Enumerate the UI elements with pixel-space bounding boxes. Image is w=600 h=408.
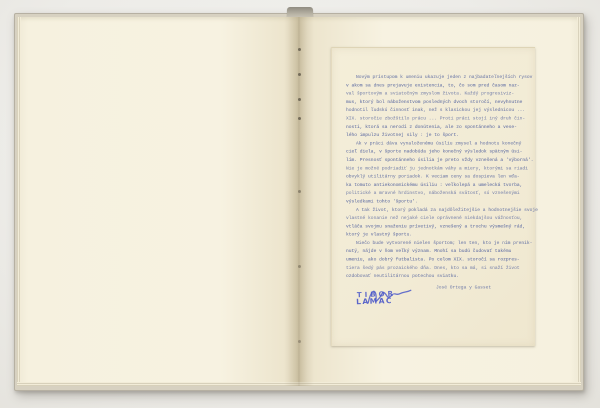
- photo-backdrop: Novým prístupom k umeniu ukazuje jeden z…: [0, 0, 600, 408]
- stitch-hole: [298, 48, 301, 51]
- typed-line: politické a mravné hrdinstvo, náboženská…: [346, 189, 524, 197]
- page-edges: [299, 382, 581, 386]
- typed-line: tiera šedý pás prozaického dňa. Dnes, kt…: [346, 264, 524, 272]
- typed-line: vlastné konanie než nejaké ciele oprávne…: [346, 214, 524, 222]
- typed-line: A tak život, ktorý pokladá za najdôležit…: [346, 206, 524, 214]
- page-edges: [577, 17, 581, 386]
- typed-line: Niečo bude vytvorené nielen športom; len…: [346, 239, 524, 247]
- stitch-hole: [298, 265, 301, 268]
- author-name: José Ortega y Gasset: [436, 285, 491, 291]
- stitch-hole: [298, 117, 301, 120]
- stitch-hole: [298, 73, 301, 76]
- typed-line: lého impulzu životnej sily : je to šport…: [346, 131, 524, 139]
- typed-line: v akom sa dnes prejavuje existencia, to,…: [346, 81, 524, 89]
- typed-line: hodnotil ľudskú činnosť inak, než s klas…: [346, 106, 524, 114]
- typed-line: XIX. storočie zbožštilo prácu ... Proti …: [346, 114, 524, 122]
- typed-line: umeniu, ako dobrý futbalista. Po celom X…: [346, 256, 524, 264]
- typed-line: ozdobovať neutilitárnou potechou sviatku…: [346, 272, 524, 280]
- typed-signature: José Ortega y Gasset: [436, 282, 536, 291]
- typed-line: mus, ktorý bol náboženstvom posledných d…: [346, 98, 524, 106]
- page-edges: [17, 17, 21, 386]
- typed-line: val športovým a sviatočným zmyslom život…: [346, 90, 524, 98]
- typed-line: nutý, nájde v ňom veľký význam. Mnohí sa…: [346, 247, 524, 255]
- typed-text: Novým prístupom k umeniu ukazuje jeden z…: [346, 73, 524, 280]
- typed-line: vtláča svojmu snaženiu prívetivý, vzneše…: [346, 222, 524, 230]
- typed-sheet: Novým prístupom k umeniu ukazuje jeden z…: [331, 47, 535, 346]
- open-book: Novým prístupom k umeniu ukazuje jeden z…: [14, 13, 584, 391]
- typed-line: Novým prístupom k umeniu ukazuje jeden z…: [346, 73, 524, 81]
- stitch-hole: [298, 98, 301, 101]
- page-edges: [17, 382, 299, 386]
- typed-line: lím. Presnosť spontánneho úsilia je pret…: [346, 156, 524, 164]
- typed-line: výsledkami tohto 'športu'.: [346, 197, 524, 205]
- typed-line: nosti, ktorá sa nerodí z donútenia, ale …: [346, 123, 524, 131]
- typed-line: cieľ diela, v športe nadobúda jeho koneč…: [346, 148, 524, 156]
- left-page: [17, 17, 299, 386]
- typed-line: ktorý je vlastný športu.: [346, 231, 524, 239]
- name-stamp: TIBOR LAMAČ: [357, 289, 427, 306]
- typed-line: obvyklý utilitárny poriadok. K veciam ce…: [346, 173, 524, 181]
- stitch-hole: [298, 340, 301, 343]
- typed-line: ka tomuto antiekonomickému úsiliu : veľk…: [346, 181, 524, 189]
- stitch-hole: [298, 190, 301, 193]
- typed-line: Nie je možné podriadiť ju jednotkám váhy…: [346, 164, 524, 172]
- typed-line: Ak v práci dáva vynaloženému úsiliu zmys…: [346, 139, 524, 147]
- handwritten-signature-icon: [365, 283, 414, 309]
